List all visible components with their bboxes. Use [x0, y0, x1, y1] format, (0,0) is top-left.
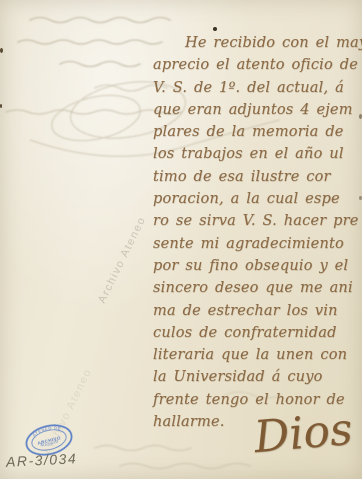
bleed-through-line [120, 464, 250, 469]
ink-dot [213, 27, 217, 31]
letter-line: los trabajos en el año ul [153, 143, 362, 165]
scanned-letter-page: Archivo Ateneo Archivo Ateneo He recibid… [0, 0, 362, 479]
letter-line: plares de la memoria de [153, 121, 362, 143]
letter-line: sente mi agradecimiento [153, 233, 362, 255]
closing-flourish-word: Dios [252, 404, 354, 463]
letter-line: aprecio el atento oficio de [153, 54, 362, 76]
letter-line: poracion, a la cual espe [153, 188, 362, 210]
letter-line: culos de confraternidad [153, 322, 362, 344]
bleed-through-line [18, 40, 162, 44]
letter-line: la Universidad á cuyo [153, 366, 362, 388]
letter-line: literaria que la unen con [153, 344, 362, 366]
bleed-through-flourish-oval [48, 88, 145, 148]
letter-line: sincero deseo que me ani [153, 277, 362, 299]
letter-line: ma de estrechar los vin [153, 300, 362, 322]
letter-line: por su fino obsequio y el [153, 255, 362, 277]
scan-speck [0, 48, 3, 53]
letter-line: V. S. de 1º. del actual, á [153, 77, 362, 99]
letter-line: ro se sirva V. S. hacer pre [153, 210, 362, 232]
bleed-through-line [30, 18, 170, 23]
bleed-through-line [60, 62, 140, 67]
bleed-through-line [95, 446, 191, 451]
letter-text-block: He recibido con el mayor aprecio el aten… [153, 32, 362, 433]
letter-line: timo de esa ilustre cor [153, 166, 362, 188]
letter-line: que eran adjuntos 4 ejem [153, 99, 362, 121]
letter-line: He recibido con el mayor [153, 32, 362, 54]
scan-speck [0, 104, 2, 108]
